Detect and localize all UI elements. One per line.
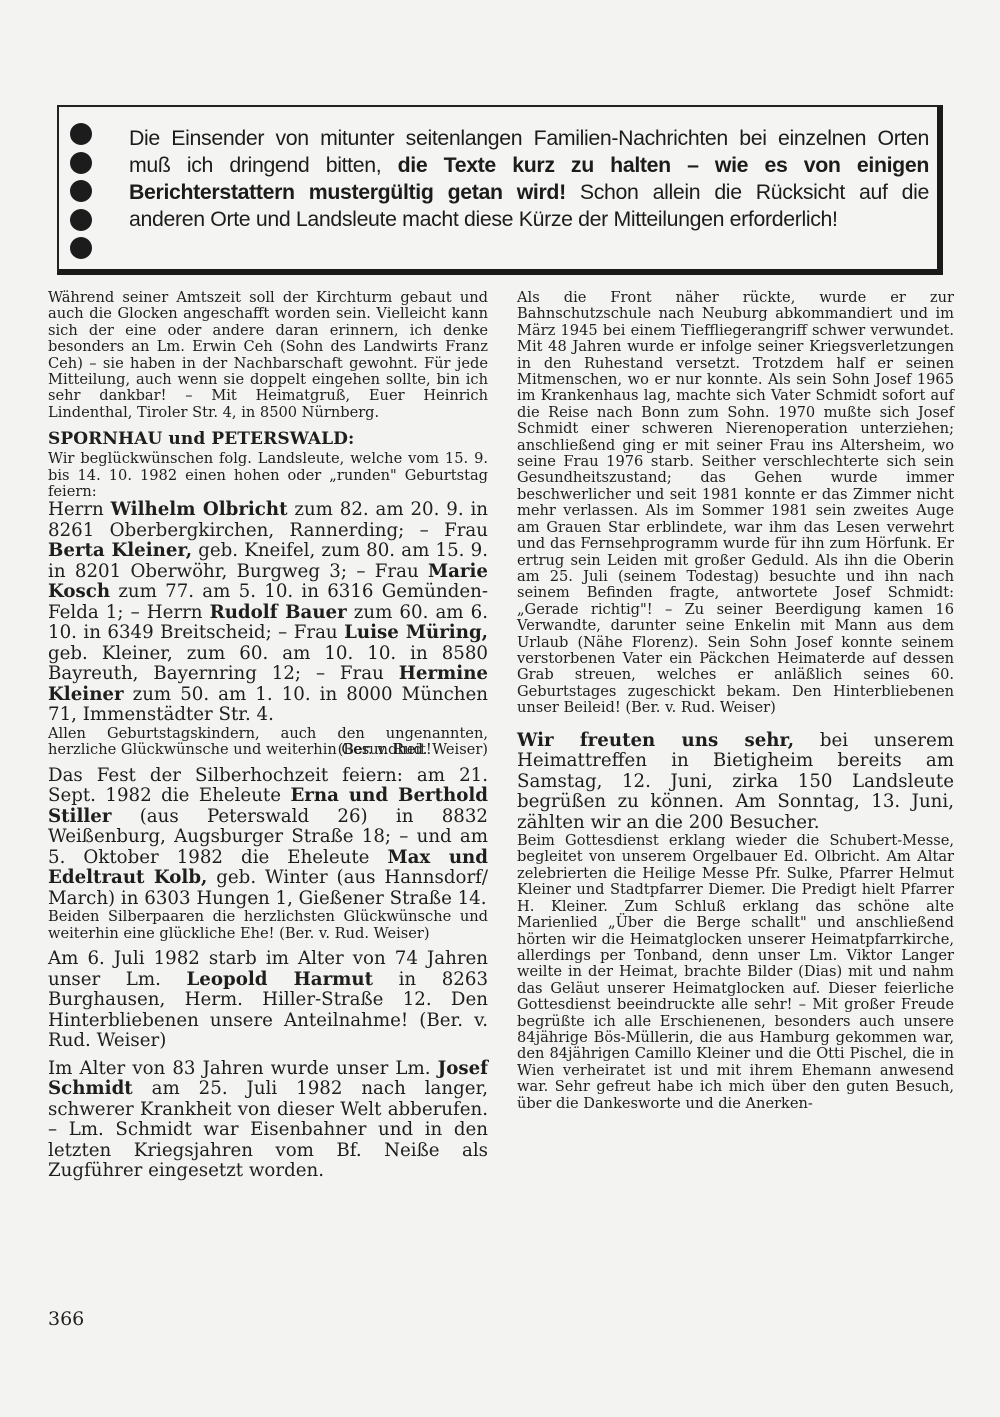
silver-wedding-paragraph: Das Fest der Silberhochzeit feiern: am 2… <box>48 766 488 910</box>
notice-box: Die Einsender von mitunter seitenlangen … <box>57 105 943 275</box>
person-name: Leopold Harmut <box>187 969 374 990</box>
person-name: Wilhelm Olbricht <box>111 499 288 520</box>
birthday-list: Herrn Wilhelm Olbricht zum 82. am 20. 9.… <box>48 500 488 726</box>
bullet-dot-icon <box>70 180 92 202</box>
obituary-schmidt: Im Alter von 83 Jahren wurde unser Lm. J… <box>48 1059 488 1182</box>
page-number: 366 <box>48 1308 84 1330</box>
right-column: Als die Front näher rückte, wurde er zur… <box>517 290 954 1112</box>
meeting-lead: Wir freuten uns sehr, <box>517 730 794 751</box>
birthday-intro: Wir beglückwünschen folg. Landsleute, we… <box>48 451 488 500</box>
bullet-dot-icon <box>70 209 92 231</box>
obituary-schmidt-continued: Als die Front näher rückte, wurde er zur… <box>517 290 954 717</box>
bullet-list-markers <box>70 123 94 266</box>
bullet-dot-icon <box>70 152 92 174</box>
birthday-closing: Allen Geburtstagskindern, auch den ungen… <box>48 726 488 759</box>
obituary-harmut: Am 6. Juli 1982 starb im Alter von 74 Ja… <box>48 949 488 1052</box>
person-name: Luise Müring, <box>344 622 488 643</box>
bullet-dot-icon <box>70 123 92 145</box>
section-heading-spornhau-peterswald: SPORNHAU und PETERSWALD: <box>48 429 488 449</box>
notice-text: Die Einsender von mitunter seitenlangen … <box>129 125 929 233</box>
silver-wedding-closing: Beiden Silberpaaren die herzlichsten Glü… <box>48 909 488 942</box>
church-service-paragraph: Beim Gottesdienst erklang wieder die Sch… <box>517 833 954 1112</box>
left-column: Während seiner Amtszeit soll der Kirchtu… <box>48 290 488 1182</box>
bullet-dot-icon <box>70 237 92 259</box>
meeting-paragraph: Wir freuten uns sehr, bei unserem Heimat… <box>517 731 954 834</box>
person-name: Rudolf Bauer <box>210 602 347 623</box>
intro-paragraph: Während seiner Amtszeit soll der Kirchtu… <box>48 290 488 421</box>
person-name: Berta Kleiner, <box>48 540 192 561</box>
